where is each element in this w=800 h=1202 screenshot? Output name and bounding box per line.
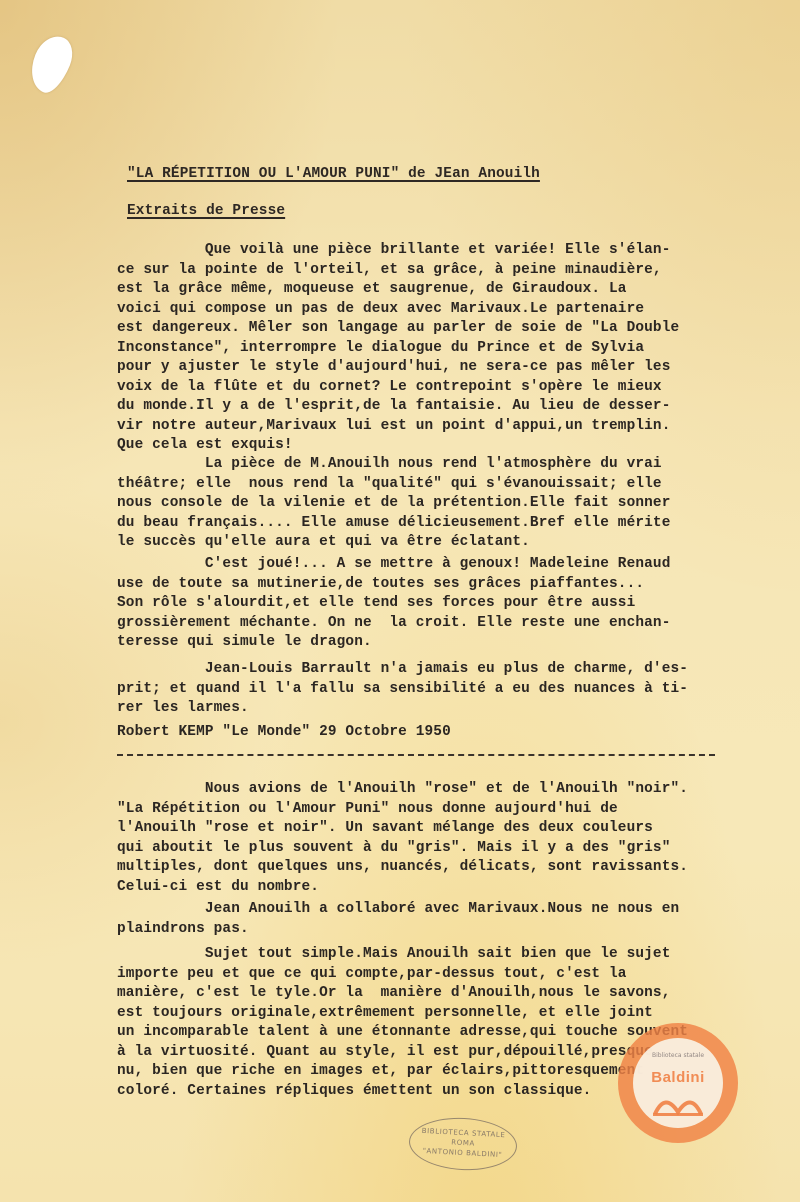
text-line: Inconstance", interrompre le dialogue du… <box>117 339 742 359</box>
review1-paragraph-3: C'est joué!... A se mettre à genoux! Mad… <box>117 555 742 653</box>
text-line: du monde.Il y a de l'esprit,de la fantai… <box>117 397 742 417</box>
text-line: manière, c'est le tyle.Or la manière d'A… <box>117 984 742 1004</box>
document-subtitle: Extraits de Presse <box>127 203 285 219</box>
text-line: Celui-ci est du nombre. <box>117 878 742 898</box>
text-line: teresse qui simule le dragon. <box>117 633 742 653</box>
text-line: pour y ajuster le style d'aujourd'hui, n… <box>117 358 742 378</box>
dashed-separator <box>117 754 715 756</box>
text-line: Son rôle s'alourdit,et elle tend ses for… <box>117 594 742 614</box>
library-oval-stamp: BIBLIOTECA STATALE ROMA "ANTONIO BALDINI… <box>408 1115 519 1173</box>
text-line: voici qui compose un pas de deux avec Ma… <box>117 300 742 320</box>
review2-paragraph-2: Jean Anouilh a collaboré avec Marivaux.N… <box>117 900 742 939</box>
review1-paragraph-1: Que voilà une pièce brillante et variée!… <box>117 241 742 456</box>
review1-paragraph-2: La pièce de M.Anouilh nous rend l'atmosp… <box>117 455 742 553</box>
text-line: Sujet tout simple.Mais Anouilh sait bien… <box>117 945 742 965</box>
review1-paragraph-4: Jean-Louis Barrault n'a jamais eu plus d… <box>117 660 742 719</box>
text-line: rer les larmes. <box>117 699 742 719</box>
text-line: multiples, dont quelques uns, nuancés, d… <box>117 858 742 878</box>
text-line: est toujours originale,extrêmement perso… <box>117 1004 742 1024</box>
paper-tear-hole <box>23 30 78 97</box>
text-line: qui aboutit le plus souvent à du "gris".… <box>117 839 742 859</box>
text-line: Jean Anouilh a collaboré avec Marivaux.N… <box>117 900 742 920</box>
text-line: Nous avions de l'Anouilh "rose" et de l'… <box>117 780 742 800</box>
baldini-label: Baldini <box>633 1069 723 1086</box>
text-line: importe peu et que ce qui compte,par-des… <box>117 965 742 985</box>
review2-paragraph-1: Nous avions de l'Anouilh "rose" et de l'… <box>117 780 742 897</box>
text-line: est dangereux. Mêler son langage au parl… <box>117 319 742 339</box>
baldini-logo-inner: Biblioteca statale Baldini <box>633 1038 723 1128</box>
text-line: use de toute sa mutinerie,de toutes ses … <box>117 575 742 595</box>
text-line: nous console de la vilenie et de la prét… <box>117 494 742 514</box>
text-line: Que voilà une pièce brillante et variée!… <box>117 241 742 261</box>
text-line: grossièrement méchante. On ne la croit. … <box>117 614 742 634</box>
text-line: La pièce de M.Anouilh nous rend l'atmosp… <box>117 455 742 475</box>
text-line: du beau français.... Elle amuse délicieu… <box>117 514 742 534</box>
text-line: voix de la flûte et du cornet? Le contre… <box>117 378 742 398</box>
text-line: théâtre; elle nous rend la "qualité" qui… <box>117 475 742 495</box>
scanned-page: "LA RÉPETITION OU L'AMOUR PUNI" de JEan … <box>0 0 800 1202</box>
text-line: l'Anouilh "rose et noir". Un savant méla… <box>117 819 742 839</box>
open-book-icon <box>653 1094 703 1116</box>
text-line: "La Répétition ou l'Amour Puni" nous don… <box>117 800 742 820</box>
text-line: est la grâce même, moqueuse et saugrenue… <box>117 280 742 300</box>
baldini-small-text: Biblioteca statale <box>633 1052 723 1059</box>
text-line: le succès qu'elle aura et qui va être éc… <box>117 533 742 553</box>
review1-signature: Robert KEMP "Le Monde" 29 Octobre 1950 <box>117 724 451 740</box>
text-line: ce sur la pointe de l'orteil, et sa grâc… <box>117 261 742 281</box>
baldini-library-logo-stamp: Biblioteca statale Baldini <box>618 1023 738 1143</box>
text-line: C'est joué!... A se mettre à genoux! Mad… <box>117 555 742 575</box>
text-line: prit; et quand il l'a fallu sa sensibili… <box>117 680 742 700</box>
text-line: Jean-Louis Barrault n'a jamais eu plus d… <box>117 660 742 680</box>
text-line: plaindrons pas. <box>117 920 742 940</box>
document-title: "LA RÉPETITION OU L'AMOUR PUNI" de JEan … <box>127 166 540 182</box>
text-line: Que cela est exquis! <box>117 436 742 456</box>
text-line: vir notre auteur,Marivaux lui est un poi… <box>117 417 742 437</box>
